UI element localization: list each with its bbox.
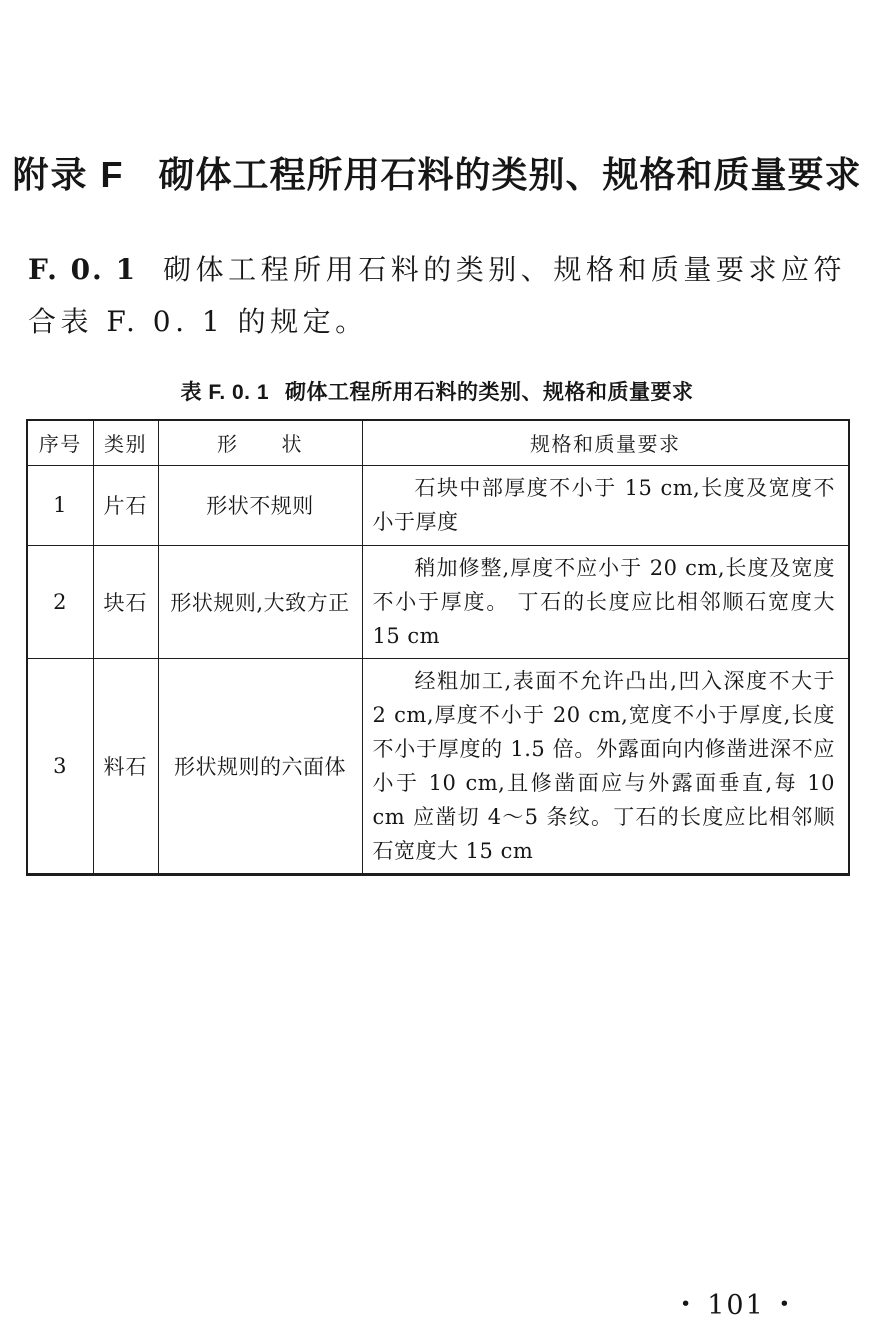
spec-text: 经粗加工,表面不允许凸出,凹入深度不大于 2 cm,厚度不小于 20 cm,宽度… — [373, 664, 836, 868]
document-page: { "heading": { "number": "附录 F", "title"… — [0, 0, 874, 1343]
table-header-row: 序号 类别 形 状 规格和质量要求 — [27, 420, 849, 465]
table-caption-number: 表 F. 0. 1 — [180, 381, 269, 404]
cell-spec: 经粗加工,表面不允许凸出,凹入深度不大于 2 cm,厚度不小于 20 cm,宽度… — [362, 658, 849, 874]
cell-spec: 稍加修整,厚度不应小于 20 cm,长度及宽度不小于厚度。 丁石的长度应比相邻顺… — [362, 545, 849, 658]
clause-number: F. 0. 1 — [28, 253, 137, 286]
footer-page-number: 101 — [707, 1290, 765, 1321]
page-number: •101• — [666, 1290, 806, 1321]
cell-shape: 形状规则,大致方正 — [158, 545, 362, 658]
table-row: 3 料石 形状规则的六面体 经粗加工,表面不允许凸出,凹入深度不大于 2 cm,… — [27, 658, 849, 874]
cell-category: 片石 — [93, 465, 158, 545]
appendix-title: 砌体工程所用石料的类别、规格和质量要求 — [158, 154, 861, 195]
footer-right-dot: • — [765, 1293, 806, 1315]
cell-shape: 形状规则的六面体 — [158, 658, 362, 874]
col-header-serial: 序号 — [27, 420, 93, 465]
clause-paragraph: F. 0. 1砌体工程所用石料的类别、规格和质量要求应符合表 F. 0. 1 的… — [28, 244, 846, 348]
table-row: 2 块石 形状规则,大致方正 稍加修整,厚度不应小于 20 cm,长度及宽度不小… — [27, 545, 849, 658]
table-caption-title: 砌体工程所用石料的类别、规格和质量要求 — [285, 381, 694, 404]
spec-text: 石块中部厚度不小于 15 cm,长度及宽度不小于厚度 — [373, 471, 836, 539]
stone-spec-table: 序号 类别 形 状 规格和质量要求 1 片石 形状不规则 石块中部厚度不小于 1… — [26, 419, 850, 876]
col-header-shape: 形 状 — [158, 420, 362, 465]
table-row: 1 片石 形状不规则 石块中部厚度不小于 15 cm,长度及宽度不小于厚度 — [27, 465, 849, 545]
col-header-spec: 规格和质量要求 — [362, 420, 849, 465]
table-caption: 表 F. 0. 1砌体工程所用石料的类别、规格和质量要求 — [12, 376, 862, 406]
spec-text: 稍加修整,厚度不应小于 20 cm,长度及宽度不小于厚度。 丁石的长度应比相邻顺… — [373, 551, 836, 653]
cell-spec: 石块中部厚度不小于 15 cm,长度及宽度不小于厚度 — [362, 465, 849, 545]
page-title: 附录 F砌体工程所用石料的类别、规格和质量要求 — [12, 147, 862, 198]
col-header-category: 类别 — [93, 420, 158, 465]
cell-category: 块石 — [93, 545, 158, 658]
cell-serial: 1 — [27, 465, 93, 545]
footer-left-dot: • — [666, 1293, 707, 1315]
cell-serial: 2 — [27, 545, 93, 658]
cell-category: 料石 — [93, 658, 158, 874]
cell-serial: 3 — [27, 658, 93, 874]
appendix-number: 附录 F — [12, 154, 124, 195]
cell-shape: 形状不规则 — [158, 465, 362, 545]
clause-text: 砌体工程所用石料的类别、规格和质量要求应符合表 F. 0. 1 的规定。 — [28, 253, 846, 338]
